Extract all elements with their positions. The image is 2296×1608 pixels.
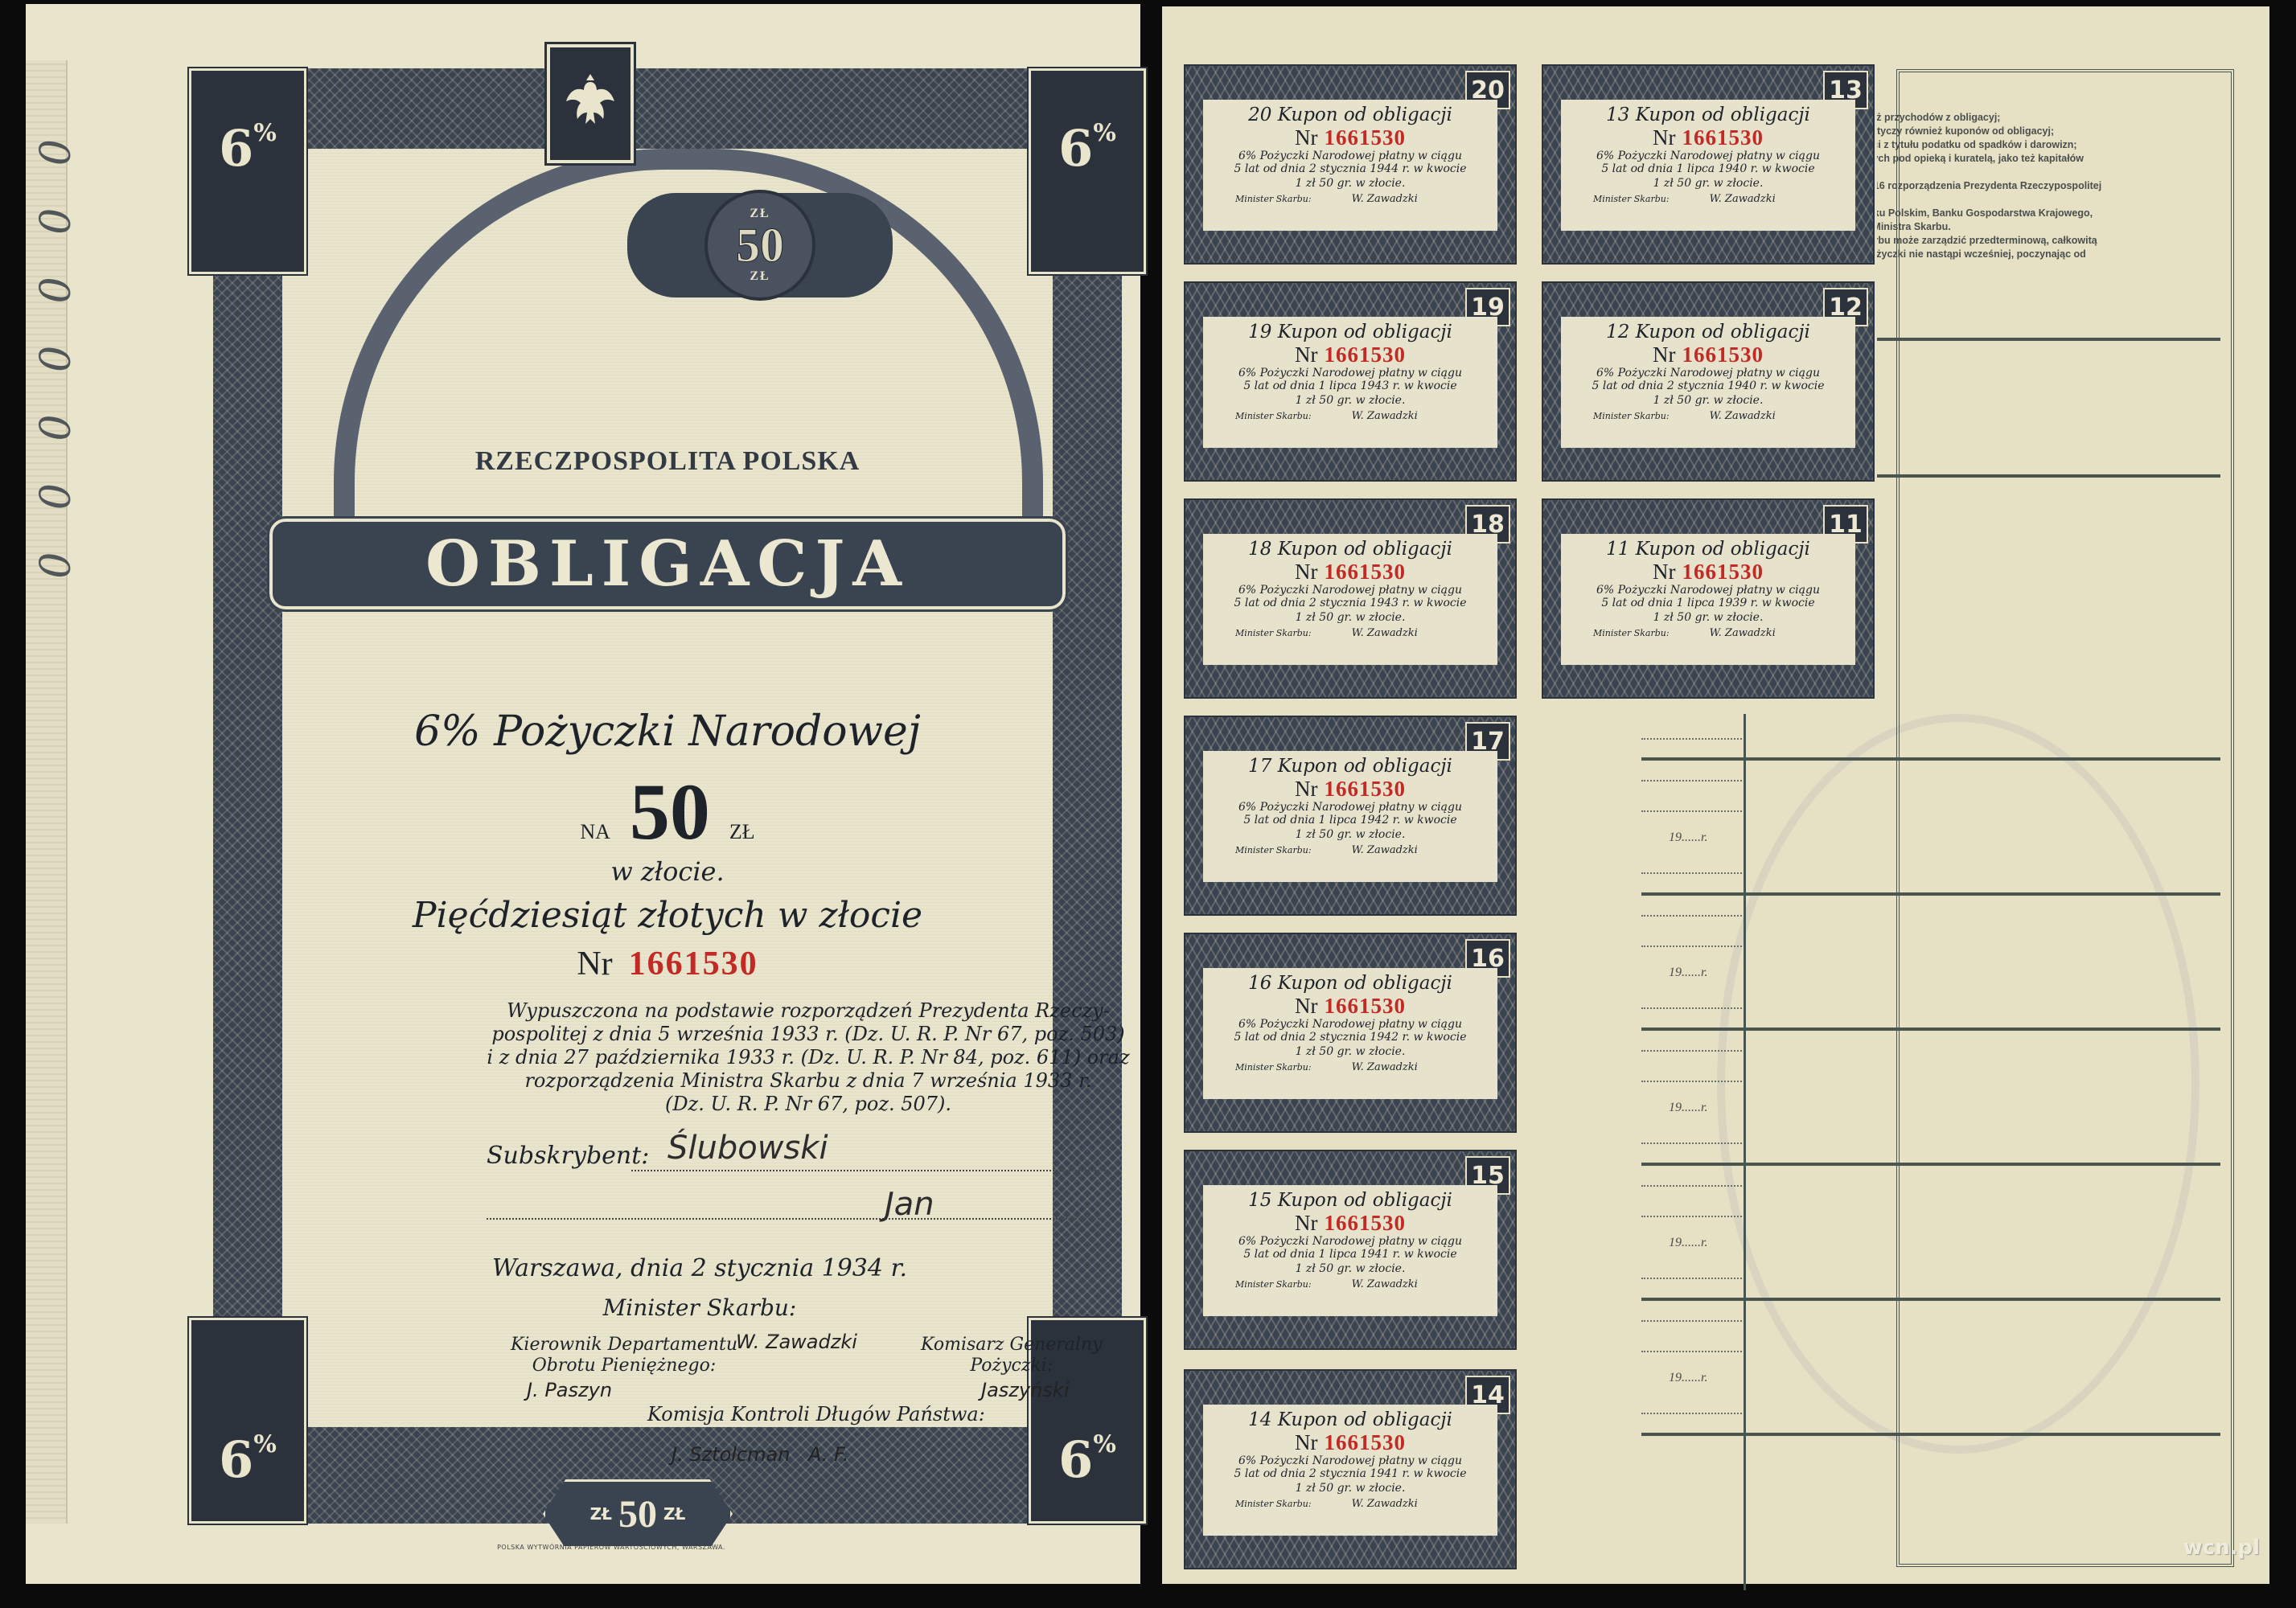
stub-date: 19......r. <box>1669 1371 1707 1385</box>
stub-line <box>1641 1050 1742 1052</box>
corner-top-left: 6% <box>189 68 306 274</box>
table-rule <box>1641 892 2220 896</box>
bottom-denomination: ZŁ 50 ZŁ <box>543 1479 733 1549</box>
frame-top-band <box>213 68 1122 149</box>
coupon-panel: 18 Kupon od obligacji Nr1661530 6% Pożyc… <box>1203 534 1497 665</box>
minister-label: Minister Skarbu: <box>213 1294 1122 1321</box>
commissioner-label: Komisarz Generalny Pożyczki: <box>921 1335 1103 1376</box>
control-signature-1: J. Sztolcman <box>672 1443 790 1466</box>
coupon-sheet: również przychodów z obligacyj; e to dot… <box>1162 6 2269 1584</box>
serial-label: Nr <box>577 946 612 982</box>
coupon-13[interactable]: 13 13 Kupon od obligacji Nr1661530 6% Po… <box>1542 64 1875 265</box>
amount-words: Pięćdziesiąt złotych w złocie <box>213 895 1122 936</box>
title-banner: OBLIGACJA <box>269 519 1066 609</box>
amount-prefix: NA <box>580 820 610 844</box>
table-rule <box>1641 757 2220 761</box>
table-rule <box>1641 1163 2220 1166</box>
coupon-panel: 17 Kupon od obligacji Nr1661530 6% Pożyc… <box>1203 751 1497 882</box>
document-title: OBLIGACJA <box>425 527 910 601</box>
place-date: Warszawa, dnia 2 stycznia 1934 r. <box>213 1254 1122 1282</box>
stub-line <box>1641 872 1742 874</box>
subscriber-line-2 <box>487 1218 1106 1220</box>
bond-sheet: 0 0 0 0 0 0 0 6% 6% 6% 6% ZŁ 50 <box>26 4 1140 1584</box>
amount-row: NA 50 ZŁ <box>213 772 1122 852</box>
ornate-frame: 6% 6% 6% 6% ZŁ 50 ZŁ RZECZPOSPOLITA POLS… <box>213 36 1122 1524</box>
coupon-15[interactable]: 15 15 Kupon od obligacji Nr1661530 6% Po… <box>1184 1150 1517 1350</box>
polish-eagle-icon <box>547 44 634 163</box>
printer-imprint: POLSKA WYTWÓRNIA PAPIERÓW WARTOŚCIOWYCH,… <box>26 1544 1140 1551</box>
watermark-logo: wcn.pl <box>2183 1536 2260 1560</box>
corner-bottom-left: 6% <box>189 1318 306 1524</box>
control-signature-2: A. F. <box>808 1443 848 1466</box>
table-divider <box>1744 714 1746 1590</box>
coupon-14[interactable]: 14 14 Kupon od obligacji Nr1661530 6% Po… <box>1184 1369 1517 1569</box>
strip-script: 0 0 0 0 0 0 0 <box>32 125 80 579</box>
terms-text: również przychodów z obligacyj; e to dot… <box>1844 111 2182 261</box>
stub-date: 19......r. <box>1669 966 1707 980</box>
serial-number: Nr1661530 <box>213 945 1122 983</box>
stub-line <box>1641 810 1742 812</box>
commissioner-signature: Jaszyński <box>981 1379 1069 1401</box>
table-rule <box>1641 1433 2220 1436</box>
coupon-17[interactable]: 17 17 Kupon od obligacji Nr1661530 6% Po… <box>1184 716 1517 916</box>
coupon-20[interactable]: 20 20 Kupon od obligacji Nr1661530 6% Po… <box>1184 64 1517 265</box>
coupon-11[interactable]: 11 11 Kupon od obligacji Nr1661530 6% Po… <box>1542 498 1875 699</box>
coupon-16[interactable]: 16 16 Kupon od obligacji Nr1661530 6% Po… <box>1184 933 1517 1133</box>
stub-line <box>1641 1320 1742 1322</box>
coupon-12[interactable]: 12 12 Kupon od obligacji Nr1661530 6% Po… <box>1542 281 1875 482</box>
percent-badge: 6% <box>219 1430 277 1489</box>
stub-line <box>1641 946 1742 947</box>
coupon-panel: 20 Kupon od obligacji Nr1661530 6% Pożyc… <box>1203 100 1497 231</box>
coupon-panel: 12 Kupon od obligacji Nr1661530 6% Pożyc… <box>1561 317 1855 448</box>
in-gold-text: w złocie. <box>213 856 1122 887</box>
subscriber-surname: Ślubowski <box>667 1130 828 1167</box>
minister-signature: W. Zawadzki <box>736 1331 857 1353</box>
top-denomination-medallion: ZŁ 50 ZŁ <box>627 193 893 297</box>
stub-line <box>1641 1351 1742 1352</box>
stub-line <box>1641 1216 1742 1217</box>
table-rule <box>1641 1028 2220 1031</box>
stub-date: 19......r. <box>1669 1236 1707 1250</box>
stub-line <box>1641 915 1742 917</box>
serial-value: 1661530 <box>629 946 758 982</box>
loan-title: 6% Pożyczki Narodowej <box>213 708 1122 756</box>
coupon-19[interactable]: 19 19 Kupon od obligacji Nr1661530 6% Po… <box>1184 281 1517 482</box>
corner-top-right: 6% <box>1029 68 1146 274</box>
subscriber-first-name: Jan <box>885 1186 934 1223</box>
stub-line <box>1641 1185 1742 1187</box>
eagle-icon <box>562 68 618 140</box>
department-label: Kierownik Departamentu Obrotu Pieniężneg… <box>511 1335 737 1376</box>
coupon-panel: 13 Kupon od obligacji Nr1661530 6% Pożyc… <box>1561 100 1855 231</box>
stub-line <box>1641 780 1742 781</box>
percent-badge: 6% <box>1058 1430 1116 1489</box>
issuer-name: RZECZPOSPOLITA POLSKA <box>213 446 1122 477</box>
denomination-rosette: ZŁ 50 ZŁ <box>704 190 815 301</box>
amount-value: 50 <box>630 772 710 852</box>
percent-badge: 6% <box>219 119 277 178</box>
stub-line <box>1641 1007 1742 1009</box>
coupon-panel: 19 Kupon od obligacji Nr1661530 6% Pożyc… <box>1203 317 1497 448</box>
legal-basis: Wypuszczona na podstawie rozporządzeń Pr… <box>487 999 1130 1116</box>
subscriber-line-1 <box>631 1170 1106 1171</box>
terms-frame <box>1896 69 2234 1567</box>
table-rule <box>1641 1298 2220 1301</box>
subscriber-label: Subskrybent: <box>487 1142 649 1170</box>
coupon-panel: 14 Kupon od obligacji Nr1661530 6% Pożyc… <box>1203 1405 1497 1536</box>
coupon-18[interactable]: 18 18 Kupon od obligacji Nr1661530 6% Po… <box>1184 498 1517 699</box>
coupon-panel: 11 Kupon od obligacji Nr1661530 6% Pożyc… <box>1561 534 1855 665</box>
percent-badge: 6% <box>1058 119 1116 178</box>
stub-line <box>1641 1413 1742 1414</box>
stub-date: 19......r. <box>1669 1101 1707 1115</box>
stub-line <box>1641 1142 1742 1144</box>
cut-strip: 0 0 0 0 0 0 0 <box>26 60 68 1524</box>
stub-line <box>1641 1278 1742 1279</box>
amount-suffix: ZŁ <box>729 820 755 844</box>
stub-line <box>1641 738 1742 740</box>
stub-date: 19......r. <box>1669 831 1707 845</box>
coupon-panel: 16 Kupon od obligacji Nr1661530 6% Pożyc… <box>1203 968 1497 1099</box>
department-signature: J. Paszyn <box>527 1379 612 1401</box>
stub-line <box>1641 1081 1742 1082</box>
coupon-panel: 15 Kupon od obligacji Nr1661530 6% Pożyc… <box>1203 1185 1497 1316</box>
control-commission-label: Komisja Kontroli Długów Państwa: <box>647 1403 985 1425</box>
